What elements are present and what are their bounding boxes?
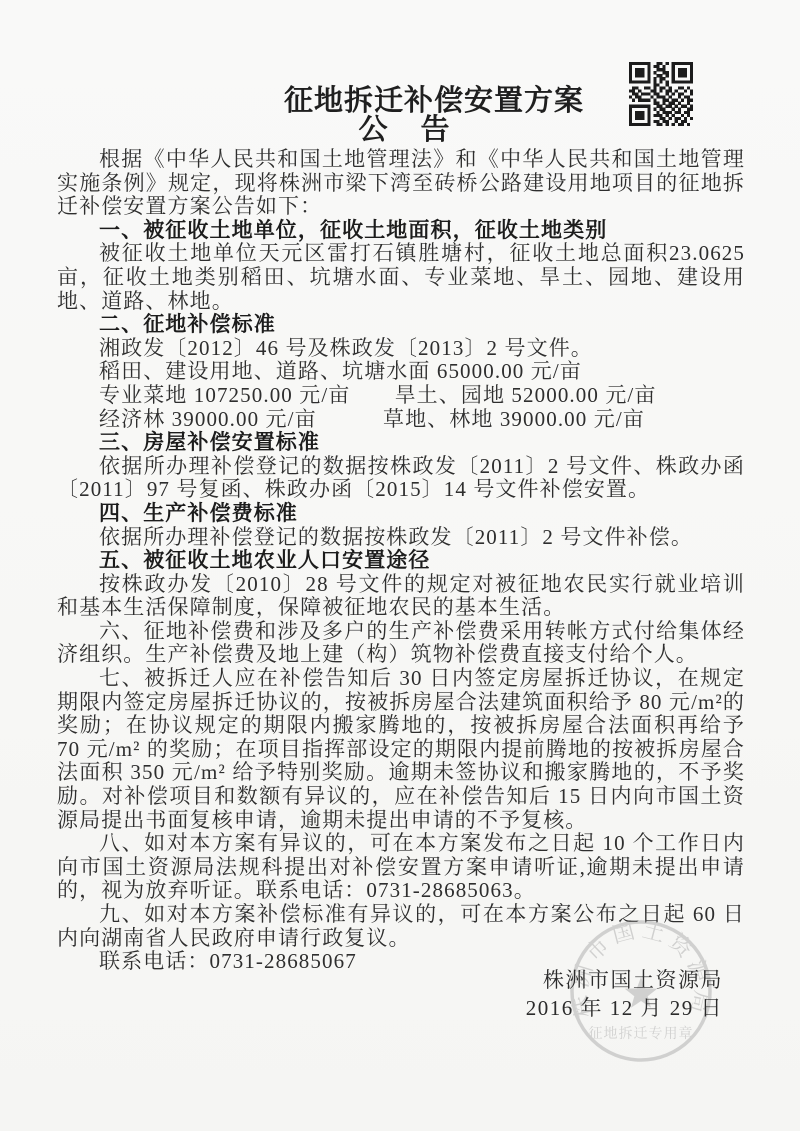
paragraph: 依据所办理补偿登记的数据按株政发〔2011〕2 号文件补偿。 bbox=[57, 526, 745, 550]
section-heading: 二、征地补偿标准 bbox=[57, 313, 745, 337]
paragraph: 七、被拆迁人应在补偿告知后 30 日内签定房屋拆迁协议，在规定期限内签定房屋拆迁… bbox=[57, 667, 745, 832]
seal-bottom-text: 征地拆迁专用章 bbox=[589, 1025, 694, 1042]
standard-line: 稻田、建设用地、道路、坑塘水面 65000.00 元/亩 bbox=[57, 360, 745, 384]
standard-line: 经济林 39000.00 元/亩 草地、林地 39000.00 元/亩 bbox=[57, 408, 745, 432]
document-body: 根据《中华人民共和国土地管理法》和《中华人民共和国土地管理实施条例》规定，现将株… bbox=[57, 148, 745, 974]
paragraph: 八、如对本方案有异议的，可在本方案发布之日起 10 个工作日内向市国土资源局法规… bbox=[57, 832, 745, 903]
paragraph: 六、征地补偿费和涉及多户的生产补偿费采用转帐方式付给集体经济组织。生产补偿费及地… bbox=[57, 620, 745, 667]
section-heading: 五、被征收土地农业人口安置途径 bbox=[57, 549, 745, 573]
signature-block: 株洲市国土资源局 2016 年 12 月 29 日 bbox=[526, 966, 723, 1022]
standard-line: 湘政发〔2012〕46 号及株政发〔2013〕2 号文件。 bbox=[57, 337, 745, 361]
paragraph: 根据《中华人民共和国土地管理法》和《中华人民共和国土地管理实施条例》规定，现将株… bbox=[57, 148, 745, 219]
section-heading: 三、房屋补偿安置标准 bbox=[57, 431, 745, 455]
section-heading: 四、生产补偿费标准 bbox=[57, 502, 745, 526]
signature-date: 2016 年 12 月 29 日 bbox=[526, 994, 723, 1022]
document-subtitle: 公 告 bbox=[5, 116, 800, 145]
section-heading: 一、被征收土地单位，征收土地面积，征收土地类别 bbox=[57, 219, 745, 243]
paragraph: 按株政办发〔2010〕28 号文件的规定对被征地农民实行就业培训和基本生活保障制… bbox=[57, 573, 745, 620]
standard-line: 专业菜地 107250.00 元/亩 旱土、园地 52000.00 元/亩 bbox=[57, 384, 745, 408]
signature-org: 株洲市国土资源局 bbox=[526, 966, 723, 994]
document-title: 征地拆迁补偿安置方案 bbox=[34, 86, 800, 116]
paragraph: 被征收土地单位天元区雷打石镇胜塘村，征收土地总面积23.0625亩，征收土地类别… bbox=[57, 242, 745, 313]
paragraph: 依据所办理补偿登记的数据按株政发〔2011〕2 号文件、株政办函〔2011〕97… bbox=[57, 455, 745, 502]
scanned-document-page: 征地拆迁补偿安置方案 公 告 根据《中华人民共和国土地管理法》和《中华人民共和国… bbox=[0, 0, 800, 1131]
